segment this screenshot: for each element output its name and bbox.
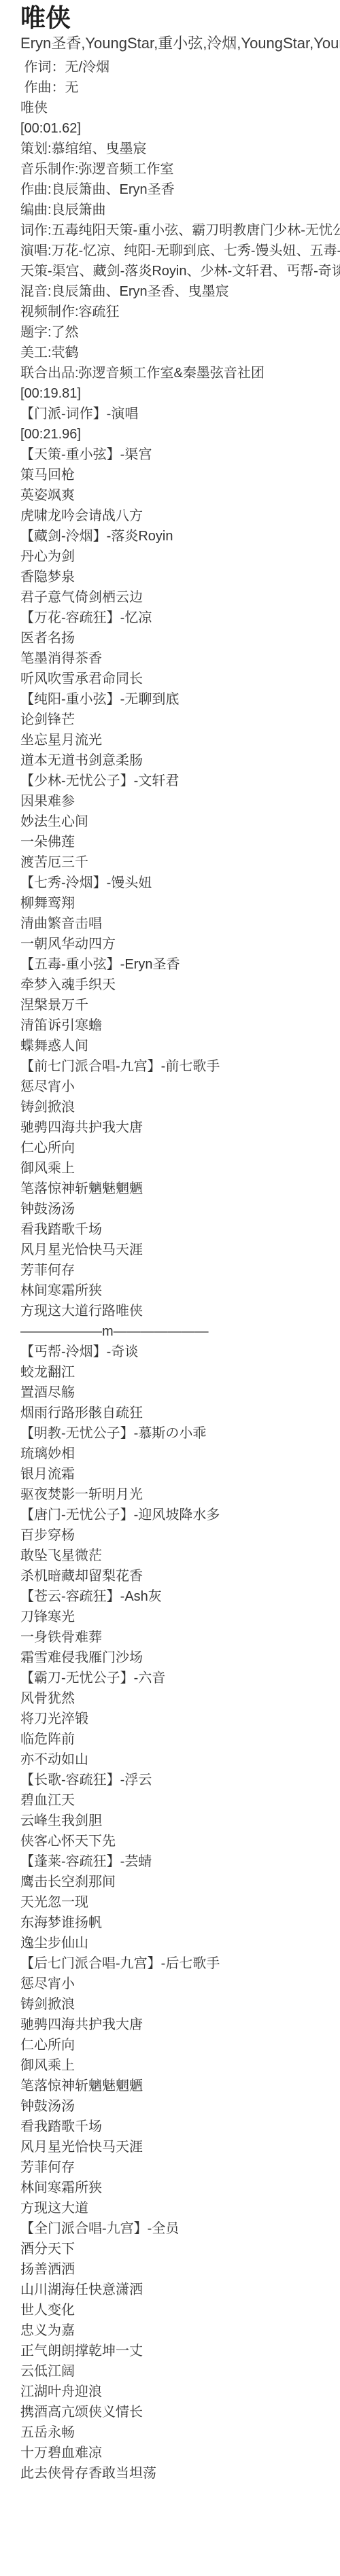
lyric-line: 【少林-无忧公子】-文轩君	[0, 771, 340, 791]
lyric-line: 蝶舞惑人间	[0, 1036, 340, 1056]
lyric-line: 仁心所向	[0, 2035, 340, 2055]
lyric-line: 【七秀-泠烟】-馒头妞	[0, 873, 340, 893]
lyric-line: 君子意气倚剑栖云边	[0, 587, 340, 608]
lyric-line: 林间寒霜所狭	[0, 1281, 340, 1301]
lyric-line: 正气朗朗撑乾坤一丈	[0, 2341, 340, 2361]
lyric-line: 惩尽宵小	[0, 1974, 340, 1994]
lyric-line: 策划:慕绾绾、曳墨宸	[0, 139, 340, 159]
lyric-line: 【五毒-重小弦】-Eryn圣香	[0, 954, 340, 975]
lyric-line: 驰骋四海共护我大唐	[0, 2015, 340, 2035]
lyric-line: 琉璃妙相	[0, 1444, 340, 1464]
lyric-line: 【明教-无忧公子】-慕斯の小乖	[0, 1423, 340, 1444]
lyric-line: 虎啸龙吟会请战八方	[0, 506, 340, 526]
lyric-line: 香隐梦泉	[0, 567, 340, 587]
lyric-line: 题字:了然	[0, 322, 340, 343]
lyric-line: 看我踏歌千场	[0, 2117, 340, 2137]
lyric-line: 【丐帮-泠烟】-奇谈	[0, 1342, 340, 1362]
lyric-line: 医者名扬	[0, 628, 340, 648]
lyric-line: 笔落惊神斩魑魅魍魉	[0, 1179, 340, 1199]
lyric-line: 【蓬莱-容疏狂】-芸蜻	[0, 1851, 340, 1872]
lyric-line: 【藏剑-泠烟】-落炎Royin	[0, 526, 340, 546]
lyric-line: 词作:五毒纯阳天策-重小弦、霸刀明教唐门少林-无忧公子	[0, 220, 340, 241]
lyric-line: 铸剑掀浪	[0, 1097, 340, 1117]
lyric-line: 天光忽一现	[0, 1892, 340, 1913]
lyric-line: 酒分天下	[0, 2239, 340, 2259]
lyric-line: 风骨犹然	[0, 1688, 340, 1709]
lyric-line: 驰骋四海共护我大唐	[0, 1117, 340, 1138]
lyric-line: 牵梦入魂手织天	[0, 975, 340, 995]
lyrics-container: 作词：无/泠烟 作曲：无唯侠[00:01.62]策划:慕绾绾、曳墨宸音乐制作:弥…	[0, 57, 340, 2484]
lyric-line: 一身铁骨难葬	[0, 1627, 340, 1648]
lyric-line: 柳舞鸾翔	[0, 893, 340, 913]
lyric-line: 芳菲何存	[0, 1260, 340, 1281]
lyric-line: 演唱:万花-忆凉、纯阳-无聊到底、七秀-馒头妞、五毒-Eryn圣香	[0, 241, 340, 261]
lyric-line: 刀锋寒光	[0, 1607, 340, 1627]
lyric-line: 英姿飒爽	[0, 485, 340, 506]
lyric-line: 云低江阔	[0, 2361, 340, 2382]
lyric-line: 敢坠飞星微茫	[0, 1546, 340, 1566]
song-title: 唯侠	[20, 4, 340, 32]
lyric-line: 道本无道书剑意柔肠	[0, 750, 340, 771]
lyrics-page: 唯侠 Eryn圣香,YoungStar,重小弦,泠烟,YoungStar,You…	[0, 4, 340, 2576]
lyric-line: 银月流霜	[0, 1464, 340, 1484]
lyric-line: 妙法生心间	[0, 812, 340, 832]
lyric-line: 【霸刀-无忧公子】-六音	[0, 1668, 340, 1688]
lyric-line: 论剑锋芒	[0, 710, 340, 730]
lyric-line: 御风乘上	[0, 2055, 340, 2076]
lyric-line: 驱夜焚影一斩明月光	[0, 1484, 340, 1505]
lyric-line: 渡苦厄三千	[0, 852, 340, 873]
lyric-line: 碧血江天	[0, 1790, 340, 1811]
lyric-line: 听风吹雪承君命同长	[0, 669, 340, 689]
lyric-line: 唯侠	[0, 98, 340, 118]
lyric-line: 东海梦谁扬帆	[0, 1913, 340, 1933]
lyric-line: 天策-渠宫、藏剑-落炎Royin、少林-文轩君、丐帮-奇谈	[0, 261, 340, 281]
lyric-line: 联合出品:弥逻音频工作室&秦墨弦音社团	[0, 363, 340, 383]
lyric-line: 丹心为剑	[0, 546, 340, 567]
lyric-line: 芳菲何存	[0, 2157, 340, 2178]
lyric-line: 风月星光恰快马天涯	[0, 1240, 340, 1260]
lyric-line: 铸剑掀浪	[0, 1994, 340, 2015]
lyric-line: 笔墨消得茶香	[0, 648, 340, 669]
lyric-line: 世人变化	[0, 2300, 340, 2320]
lyric-line: 笔落惊神斩魑魅魍魉	[0, 2076, 340, 2096]
lyric-line: 杀机暗藏却留梨花香	[0, 1566, 340, 1586]
lyric-line: 逸尘步仙山	[0, 1933, 340, 1953]
lyric-line: 鹰击长空刹那间	[0, 1872, 340, 1892]
lyric-line: 山川湖海任快意潇洒	[0, 2280, 340, 2300]
lyric-line: 惩尽宵小	[0, 1077, 340, 1097]
lyric-line: 此去侠骨存香敢当坦荡	[0, 2463, 340, 2484]
lyric-line: 【长歌-容疏狂】-浮云	[0, 1770, 340, 1790]
lyric-line: 【纯阳-重小弦】-无聊到底	[0, 689, 340, 710]
lyric-line: 忠义为嘉	[0, 2320, 340, 2341]
lyric-line: 策马回枪	[0, 465, 340, 485]
lyric-line: 【万花-容疏狂】-忆凉	[0, 608, 340, 628]
lyric-line: 清曲繁音击唱	[0, 913, 340, 934]
lyric-line: 临危阵前	[0, 1729, 340, 1750]
lyric-line: 坐忘星月流光	[0, 730, 340, 750]
lyric-line: 因果难参	[0, 791, 340, 812]
lyric-line: 亦不动如山	[0, 1750, 340, 1770]
lyric-line: 音乐制作:弥逻音频工作室	[0, 159, 340, 179]
lyric-line: 扬善洒洒	[0, 2259, 340, 2280]
lyric-line: 【唐门-无忧公子】-迎风坡降水多	[0, 1505, 340, 1525]
lyric-line: 蛟龙翻江	[0, 1362, 340, 1382]
lyric-line: [00:19.81]	[0, 383, 340, 404]
lyric-line: 美工:茕鹤	[0, 343, 340, 363]
lyric-line: 置酒尽觞	[0, 1382, 340, 1403]
lyric-line: 【前七门派合唱-九宫】-前七歌手	[0, 1056, 340, 1077]
lyric-line: 钟鼓汤汤	[0, 2096, 340, 2117]
lyric-line: 风月星光恰快马天涯	[0, 2137, 340, 2157]
lyric-line: 百步穿杨	[0, 1525, 340, 1546]
lyric-line: 御风乘上	[0, 1158, 340, 1179]
lyric-line: 仁心所向	[0, 1138, 340, 1158]
lyric-line: 作曲:良辰箫曲、Eryn圣香	[0, 179, 340, 200]
lyric-line: 携酒高亢颂侠义情长	[0, 2402, 340, 2422]
lyric-line: ——————m———————	[0, 1321, 340, 1342]
lyric-line: 一朝风华动四方	[0, 934, 340, 954]
lyric-line: [00:21.96]	[0, 424, 340, 445]
lyric-line: 编曲:良辰箫曲	[0, 200, 340, 220]
lyric-line: 钟鼓汤汤	[0, 1199, 340, 1219]
artist-line: Eryn圣香,YoungStar,重小弦,泠烟,YoungStar,YoungS…	[20, 34, 340, 53]
lyric-line: 云峰生我剑胆	[0, 1811, 340, 1831]
lyric-line: 方现这大道	[0, 2198, 340, 2218]
lyric-line: 看我踏歌千场	[0, 1219, 340, 1240]
lyric-line: 【全门派合唱-九宫】-全员	[0, 2218, 340, 2239]
lyric-line: 【天策-重小弦】-渠宫	[0, 445, 340, 465]
lyric-line: 十万碧血难凉	[0, 2443, 340, 2463]
lyric-line: 五岳永畅	[0, 2422, 340, 2443]
lyric-line: 将刀光淬锻	[0, 1709, 340, 1729]
lyric-line: 【苍云-容疏狂】-Ash灰	[0, 1586, 340, 1607]
lyric-line: 作词：无/泠烟	[0, 57, 340, 77]
lyric-line: 侠客心怀天下先	[0, 1831, 340, 1851]
lyric-line: 【门派-词作】-演唱	[0, 404, 340, 424]
lyric-line: 涅槃景万千	[0, 995, 340, 1015]
lyric-line: 混音:良辰箫曲、Eryn圣香、曳墨宸	[0, 281, 340, 302]
lyric-line: 烟雨行路形骸自疏狂	[0, 1403, 340, 1423]
lyric-line: [00:01.62]	[0, 118, 340, 139]
lyric-line: 一朵佛莲	[0, 832, 340, 852]
lyric-line: 视频制作:容疏狂	[0, 302, 340, 322]
lyric-line: 方现这大道行路唯侠	[0, 1301, 340, 1321]
lyric-line: 【后七门派合唱-九宫】-后七歌手	[0, 1953, 340, 1974]
lyric-line: 作曲：无	[0, 77, 340, 98]
lyric-line: 清笛诉引寒蟾	[0, 1015, 340, 1036]
lyric-line: 林间寒霜所狭	[0, 2178, 340, 2198]
lyric-line: 霜雪难侵我雁门沙场	[0, 1648, 340, 1668]
lyric-line: 江湖叶舟迎浪	[0, 2382, 340, 2402]
